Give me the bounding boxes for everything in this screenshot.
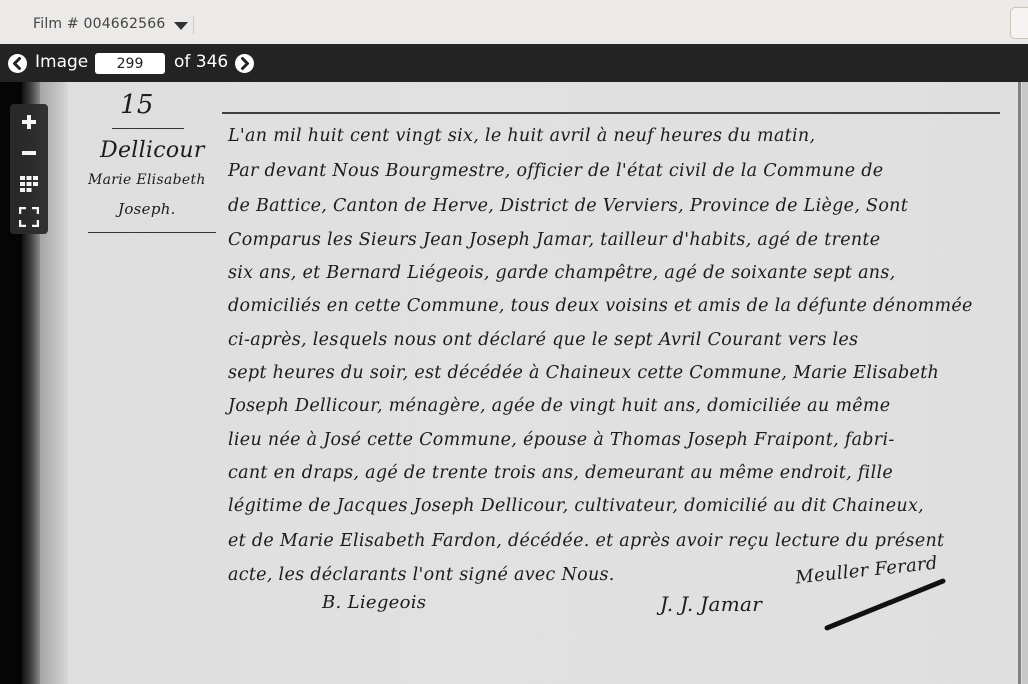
plus-icon <box>19 112 39 132</box>
record-line: lieu née à José cette Commune, épouse à … <box>228 430 895 450</box>
record-line: ci-après, lesquels nous ont déclaré que … <box>228 330 858 350</box>
film-bar: Film # 004662566 <box>0 0 1028 44</box>
margin-given-names-2: Joseph. <box>118 200 176 218</box>
record-line: L'an mil huit cent vingt six, le huit av… <box>228 126 815 146</box>
record-line: cant en draps, agé de trente trois ans, … <box>228 463 893 483</box>
record-line: Comparus les Sieurs Jean Joseph Jamar, t… <box>228 230 880 250</box>
page-edge <box>1022 82 1028 684</box>
caret-down-icon[interactable] <box>174 22 188 30</box>
margin-surname: Dellicour <box>100 138 205 163</box>
divider <box>112 128 184 129</box>
minus-icon <box>19 143 39 163</box>
margin-given-names: Marie Elisabeth <box>88 172 206 188</box>
record-line: sept heures du soir, est décédée à Chain… <box>228 363 939 383</box>
gallery-view-button[interactable] <box>10 168 48 198</box>
fullscreen-button[interactable] <box>10 201 48 231</box>
header-rule <box>222 112 1000 114</box>
record-line: acte, les déclarants l'ont signé avec No… <box>228 565 615 585</box>
divider <box>193 16 194 34</box>
zoom-in-button[interactable] <box>10 106 48 136</box>
record-line: domiciliés en cette Commune, tous deux v… <box>228 296 973 316</box>
image-viewer[interactable]: 15 Dellicour Marie Elisabeth Joseph. L'a… <box>0 82 1028 684</box>
toolbar-button-partial[interactable] <box>1010 7 1028 39</box>
image-total-label: of 346 <box>174 52 228 72</box>
record-line: six ans, et Bernard Liégeois, garde cham… <box>228 263 896 283</box>
entry-number: 15 <box>120 90 154 120</box>
film-number-label: Film # 004662566 <box>33 16 165 32</box>
page-fold <box>1018 82 1021 684</box>
chevron-right-circle-icon <box>235 54 254 73</box>
next-image-button[interactable] <box>235 54 254 73</box>
record-line: légitime de Jacques Joseph Dellicour, cu… <box>228 496 924 516</box>
image-number-input[interactable] <box>95 53 165 74</box>
record-line: Joseph Dellicour, ménagère, agée de ving… <box>228 396 890 416</box>
record-line: de Battice, Canton de Herve, District de… <box>228 196 908 216</box>
previous-image-button[interactable] <box>8 54 27 73</box>
signature: J. J. Jamar <box>660 592 762 616</box>
zoom-out-button[interactable] <box>10 137 48 167</box>
grid-icon <box>19 174 39 194</box>
divider <box>88 232 216 233</box>
image-nav-bar: Image of 346 <box>0 44 1028 82</box>
chevron-left-circle-icon <box>8 54 27 73</box>
zoom-controls <box>10 104 48 234</box>
fullscreen-icon <box>19 207 39 227</box>
record-line: Par devant Nous Bourgmestre, officier de… <box>228 161 883 181</box>
signature: B. Liegeois <box>322 592 426 613</box>
record-line: et de Marie Elisabeth Fardon, décédée. e… <box>228 531 944 551</box>
image-label: Image <box>35 52 88 72</box>
